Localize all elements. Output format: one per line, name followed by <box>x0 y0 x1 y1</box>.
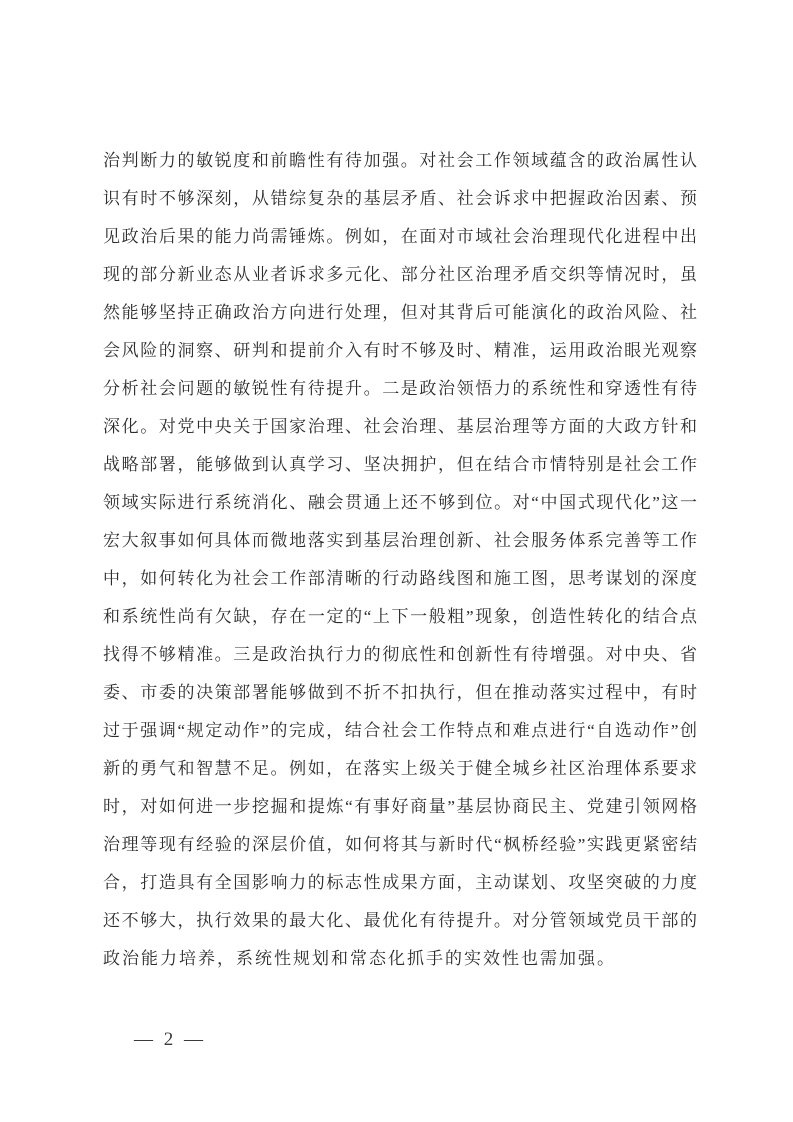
body-text-line: 见政治后果的能力尚需锤炼。例如，在面对市域社会治理现代化进程中出 <box>103 218 697 256</box>
body-text-line: 合，打造具有全国影响力的标志性成果方面，主动谋划、攻坚突破的力度 <box>103 864 697 902</box>
body-text-line: 治理等现有经验的深层价值，如何将其与新时代“枫桥经验”实践更紧密结 <box>103 826 697 864</box>
body-text-line: 政治能力培养，系统性规划和常态化抓手的实效性也需加强。 <box>103 940 697 978</box>
body-text-line: 战略部署，能够做到认真学习、坚决拥护，但在结合市情特别是社会工作 <box>103 446 697 484</box>
body-text-line: 时，对如何进一步挖掘和提炼“有事好商量”基层协商民主、党建引领网格 <box>103 788 697 826</box>
body-text-line: 分析社会问题的敏锐性有待提升。二是政治领悟力的系统性和穿透性有待 <box>103 370 697 408</box>
document-body: 治判断力的敏锐度和前瞻性有待加强。对社会工作领域蕴含的政治属性认识有时不够深刻，… <box>103 142 697 978</box>
body-text-line: 新的勇气和智慧不足。例如，在落实上级关于健全城乡社区治理体系要求 <box>103 750 697 788</box>
body-text-line: 找得不够精准。三是政治执行力的彻底性和创新性有待增强。对中央、省 <box>103 636 697 674</box>
body-text-line: 领域实际进行系统消化、融会贯通上还不够到位。对“中国式现代化”这一 <box>103 484 697 522</box>
body-text-line: 识有时不够深刻，从错综复杂的基层矛盾、社会诉求中把握政治因素、预 <box>103 180 697 218</box>
page-number: — 2 — <box>134 1028 206 1052</box>
body-text-line: 过于强调“规定动作”的完成，结合社会工作特点和难点进行“自选动作”创 <box>103 712 697 750</box>
body-text-line: 中，如何转化为社会工作部清晰的行动路线图和施工图，思考谋划的深度 <box>103 560 697 598</box>
body-text-line: 和系统性尚有欠缺，存在一定的“上下一般粗”现象，创造性转化的结合点 <box>103 598 697 636</box>
body-text-line: 现的部分新业态从业者诉求多元化、部分社区治理矛盾交织等情况时，虽 <box>103 256 697 294</box>
body-text-line: 会风险的洞察、研判和提前介入有时不够及时、精准，运用政治眼光观察 <box>103 332 697 370</box>
body-text-line: 还不够大，执行效果的最大化、最优化有待提升。对分管领域党员干部的 <box>103 902 697 940</box>
body-text-line: 治判断力的敏锐度和前瞻性有待加强。对社会工作领域蕴含的政治属性认 <box>103 142 697 180</box>
body-text-line: 委、市委的决策部署能够做到不折不扣执行，但在推动落实过程中，有时 <box>103 674 697 712</box>
body-text-line: 宏大叙事如何具体而微地落实到基层治理创新、社会服务体系完善等工作 <box>103 522 697 560</box>
body-text-line: 深化。对党中央关于国家治理、社会治理、基层治理等方面的大政方针和 <box>103 408 697 446</box>
body-text-line: 然能够坚持正确政治方向进行处理，但对其背后可能演化的政治风险、社 <box>103 294 697 332</box>
document-page: 治判断力的敏锐度和前瞻性有待加强。对社会工作领域蕴含的政治属性认识有时不够深刻，… <box>0 0 793 1122</box>
